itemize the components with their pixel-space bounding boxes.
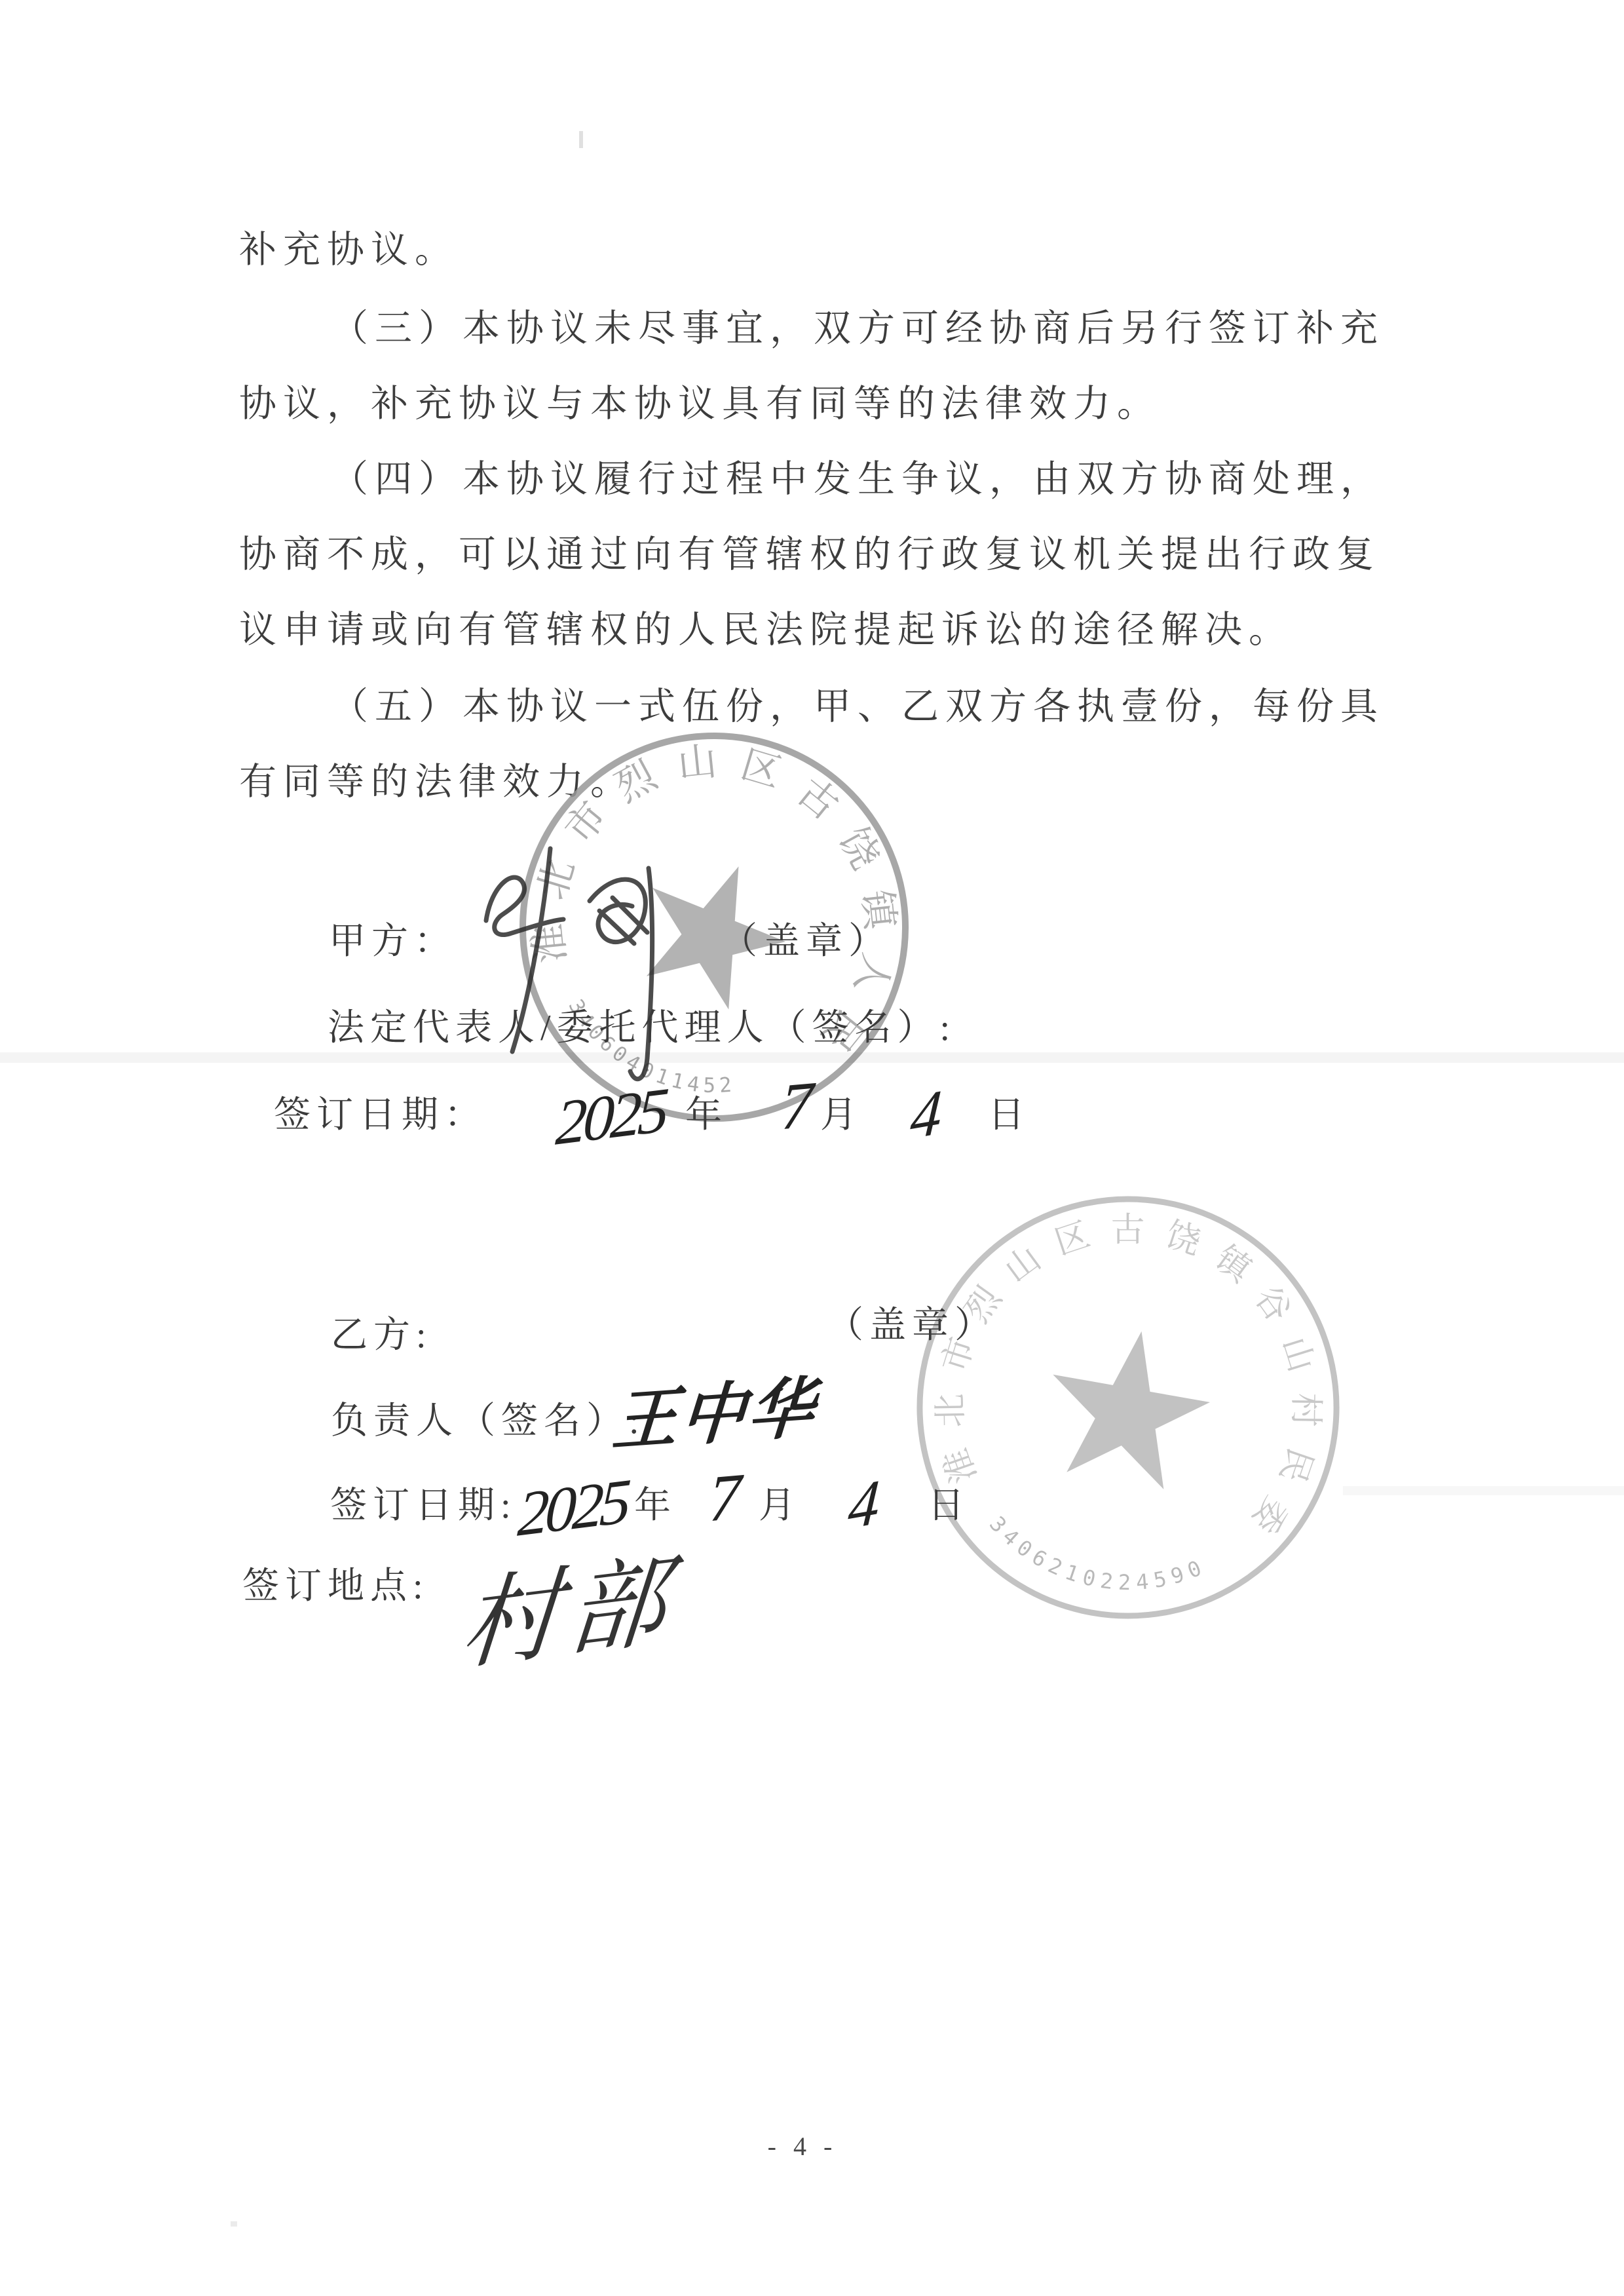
- body-line: （三）本协议未尽事宜，双方可经协商后另行签订补充: [331, 298, 1384, 352]
- body-line: （四）本协议履行过程中发生争议，由双方协商处理，: [331, 449, 1384, 503]
- party-a-month-unit: 月: [820, 1086, 863, 1138]
- party-b-day-unit: 日: [928, 1476, 970, 1529]
- party-a-date-year-handwriting: 2025: [554, 1073, 668, 1160]
- party-a-rep-line: 法定代表人/委托代理人（签名）:: [328, 999, 956, 1051]
- scanned-agreement-page: 补充协议。 （三）本协议未尽事宜，双方可经协商后另行签订补充 协议，补充协议与本…: [0, 0, 1624, 2296]
- party-b-place-label: 签订地点:: [242, 1557, 429, 1609]
- party-b-label: 乙方:: [331, 1306, 432, 1358]
- party-a-label: 甲方：: [329, 912, 457, 965]
- body-line: 协商不成，可以通过向有管辖权的行政复议机关提出行政复: [239, 524, 1380, 578]
- scan-speck: [579, 131, 583, 148]
- party-b-seal-hint: （盖章）: [827, 1296, 997, 1349]
- party-b-signer-handwriting: 王中华: [609, 1354, 820, 1464]
- party-b-date-day-handwriting: 4: [846, 1464, 882, 1544]
- round-seal-graphic: 淮北市烈山区古饶镇谷山村民委员会 3406210224590: [899, 1178, 1357, 1637]
- body-line: 议申请或向有管辖权的人民法院提起诉讼的途径解决。: [239, 600, 1293, 653]
- party-a-year-unit: 年: [685, 1086, 728, 1138]
- party-b-date-month-handwriting: 7: [708, 1459, 742, 1537]
- body-line: 协议，补充协议与本协议具有同等的法律效力。: [239, 373, 1161, 427]
- party-a-date-month-handwriting: 7: [780, 1067, 814, 1145]
- scan-speck: [231, 2221, 237, 2227]
- body-line: 补充协议。: [239, 220, 459, 273]
- party-a-seal-hint: （盖章）: [721, 912, 891, 965]
- party-a-signature-handwriting: [452, 822, 727, 1104]
- party-a-date-label: 签订日期：: [274, 1086, 487, 1138]
- party-b-place-handwriting: 村部: [457, 1519, 683, 1689]
- party-a-day-unit: 日: [988, 1086, 1030, 1138]
- party-b-month-unit: 月: [759, 1476, 801, 1529]
- page-number: - 4 -: [730, 2131, 875, 2162]
- seal-code-text: 3406210224590: [977, 1509, 1210, 1611]
- party-b-village-committee-seal: 淮北市烈山区古饶镇谷山村民委员会 3406210224590: [899, 1178, 1357, 1637]
- party-b-signer-label: 负责人（签名）:: [331, 1392, 645, 1444]
- party-b-date-label: 签订日期:: [330, 1476, 517, 1529]
- party-a-date-day-handwriting: 4: [908, 1074, 944, 1154]
- seal-star-icon: [1036, 1318, 1220, 1495]
- scan-streak: [1343, 1486, 1624, 1495]
